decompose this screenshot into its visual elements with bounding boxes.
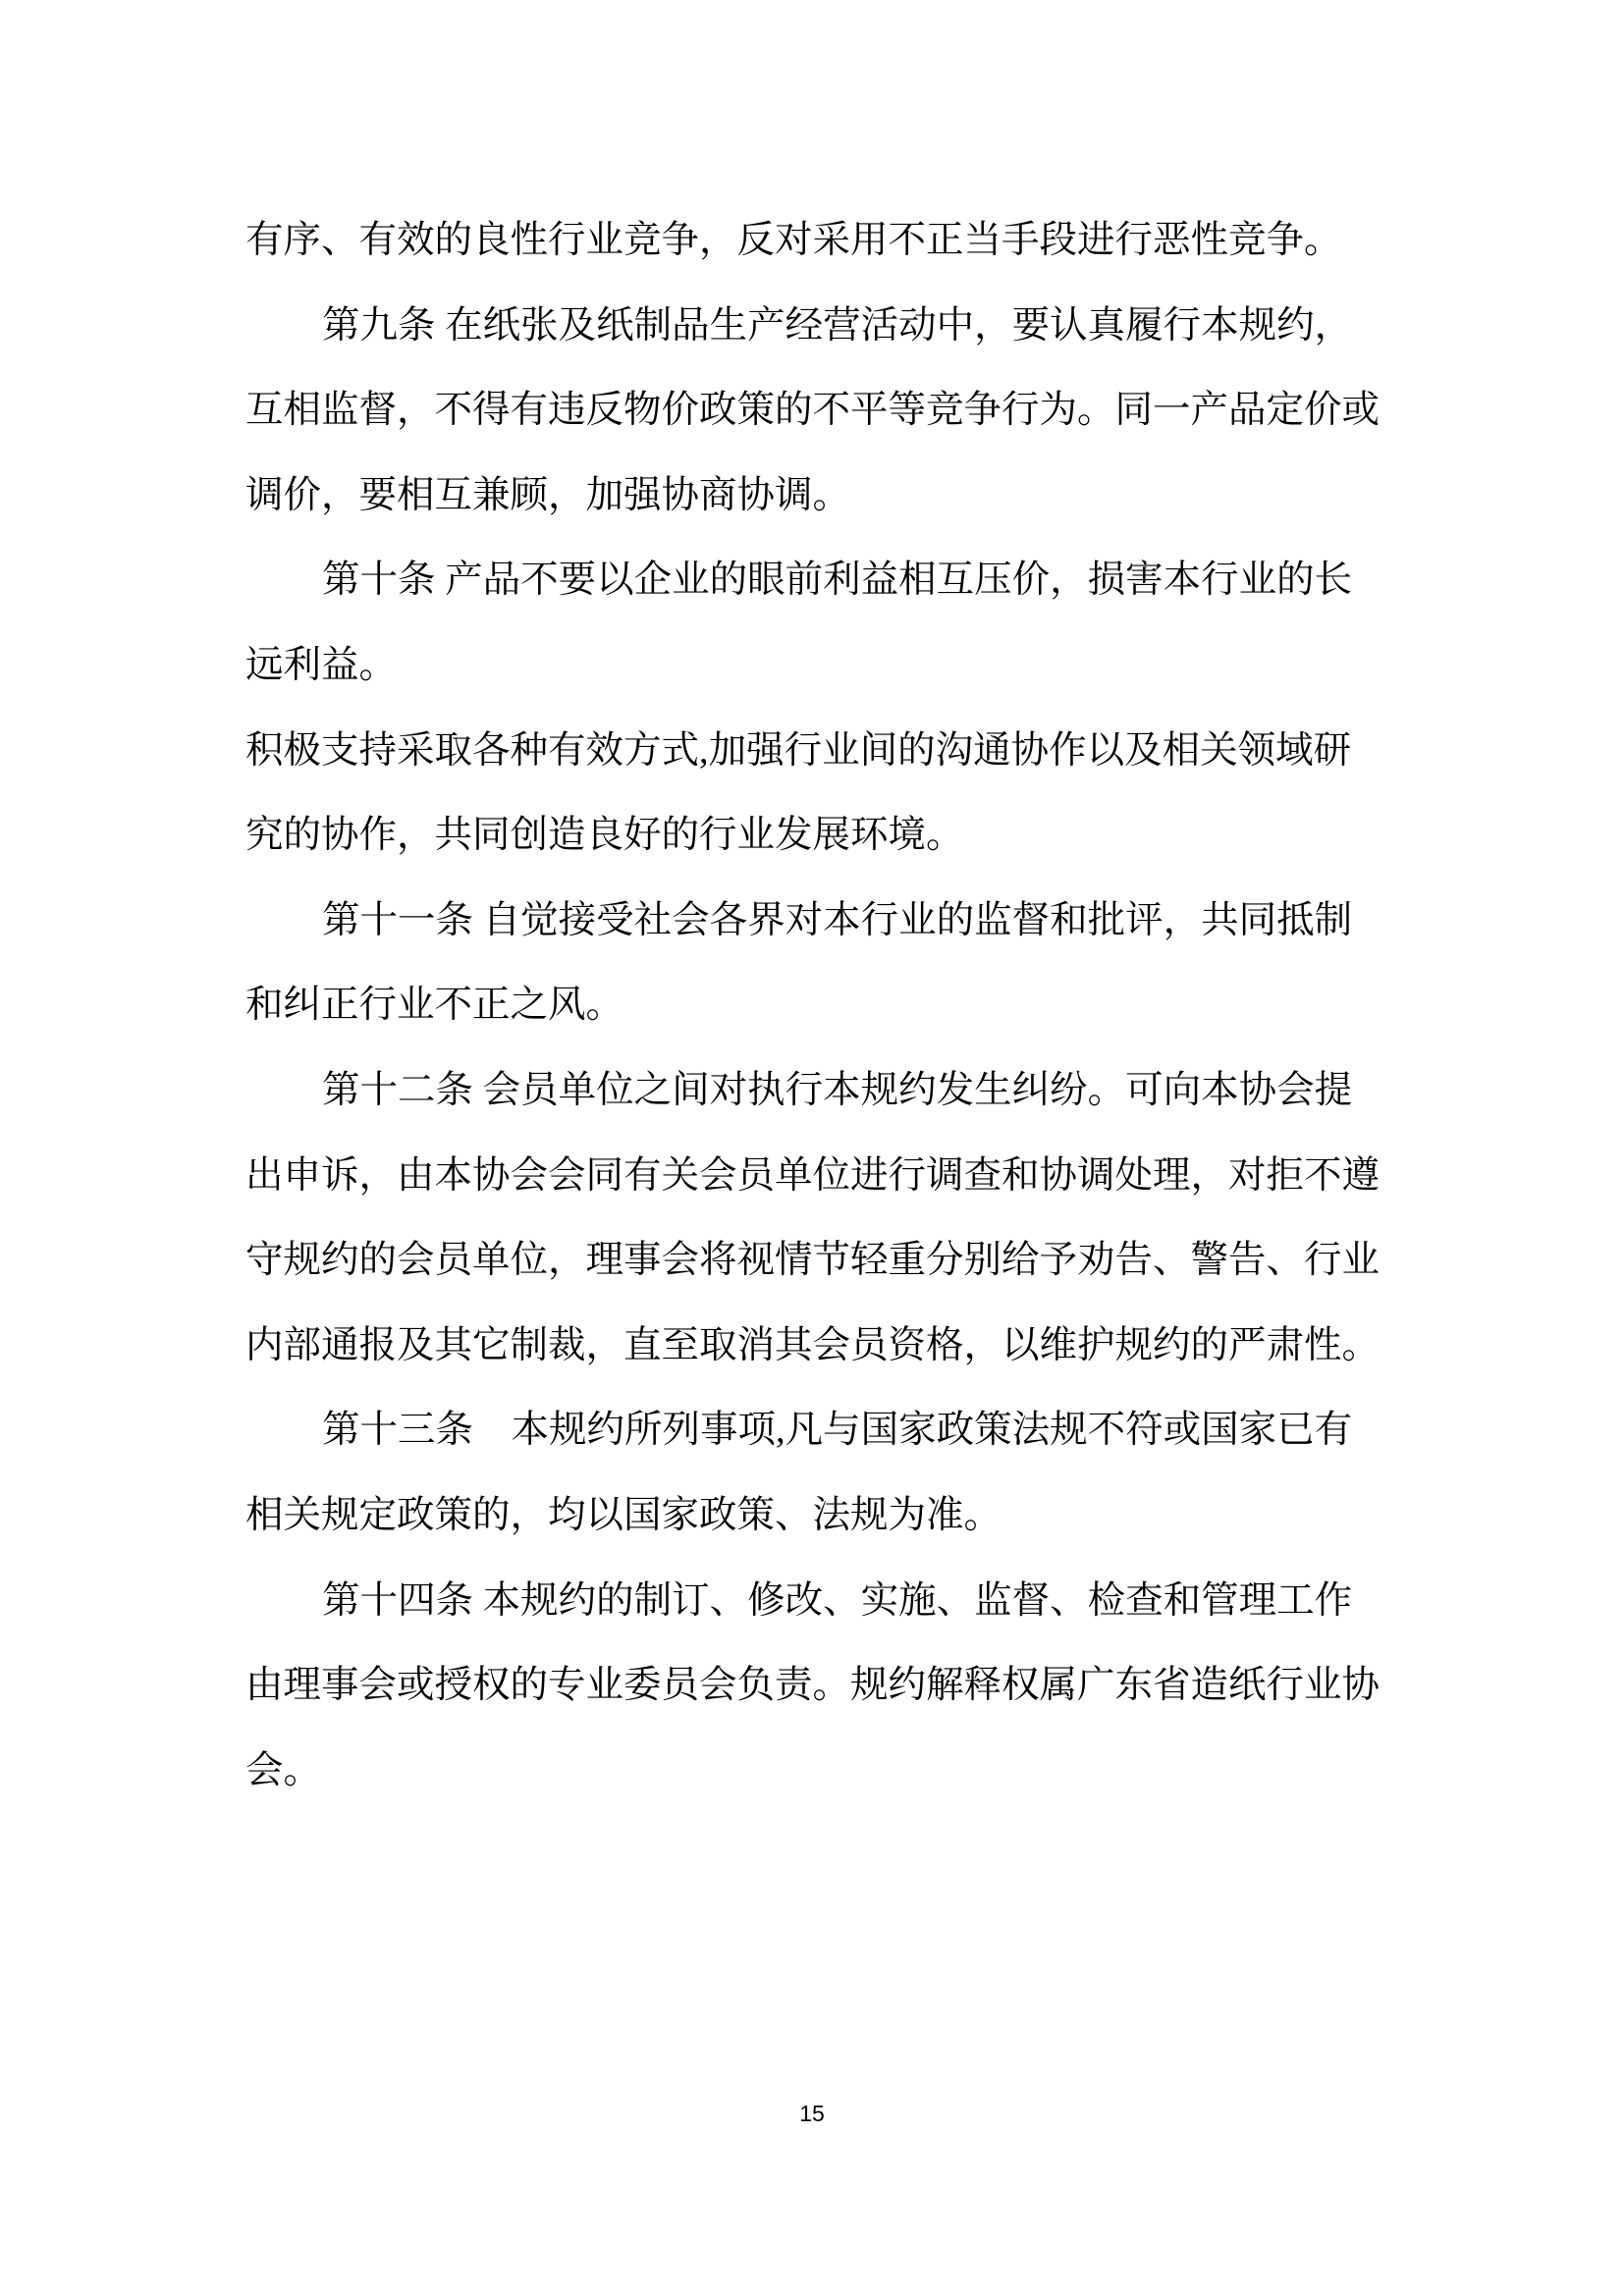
text-line: 守规约的会员单位，理事会将视情节轻重分别给予劝告、警告、行业 <box>245 1218 1384 1304</box>
text-line: 内部通报及其它制裁，直至取消其会员资格，以维护规约的严肃性。 <box>245 1304 1384 1389</box>
text-line: 会。 <box>245 1729 1384 1814</box>
text-line: 调价，要相互兼顾，加强协商协调。 <box>245 454 1384 539</box>
text-line: 第十三条 本规约所列事项,凡与国家政策法规不符或国家已有 <box>245 1388 1384 1473</box>
document-page: 有序、有效的良性行业竞争，反对采用不正当手段进行恶性竞争。第九条 在纸张及纸制品… <box>0 0 1624 2296</box>
document-body: 有序、有效的良性行业竞争，反对采用不正当手段进行恶性竞争。第九条 在纸张及纸制品… <box>245 198 1384 1813</box>
text-line: 第十四条 本规约的制订、修改、实施、监督、检查和管理工作 <box>245 1559 1384 1644</box>
text-line: 由理事会或授权的专业委员会负责。规约解释权属广东省造纸行业协 <box>245 1643 1384 1729</box>
text-line: 究的协作，共同创造良好的行业发展环境。 <box>245 793 1384 879</box>
text-line: 出申诉，由本协会会同有关会员单位进行调查和协调处理，对拒不遵 <box>245 1134 1384 1219</box>
text-line: 第十二条 会员单位之间对执行本规约发生纠纷。可向本协会提 <box>245 1048 1384 1134</box>
text-line: 第九条 在纸张及纸制品生产经营活动中，要认真履行本规约， <box>245 284 1384 369</box>
text-line: 相关规定政策的，均以国家政策、法规为准。 <box>245 1473 1384 1559</box>
page-number-footer: 15 <box>0 2101 1624 2127</box>
text-line: 第十条 产品不要以企业的眼前利益相互压价，损害本行业的长 <box>245 538 1384 623</box>
text-line: 互相监督，不得有违反物价政策的不平等竞争行为。同一产品定价或 <box>245 368 1384 454</box>
text-line: 积极支持采取各种有效方式,加强行业间的沟通协作以及相关领域研 <box>245 709 1384 794</box>
text-line: 第十一条 自觉接受社会各界对本行业的监督和批评，共同抵制 <box>245 879 1384 964</box>
text-line: 远利益。 <box>245 623 1384 709</box>
text-line: 有序、有效的良性行业竞争，反对采用不正当手段进行恶性竞争。 <box>245 198 1384 284</box>
text-line: 和纠正行业不正之风。 <box>245 963 1384 1048</box>
